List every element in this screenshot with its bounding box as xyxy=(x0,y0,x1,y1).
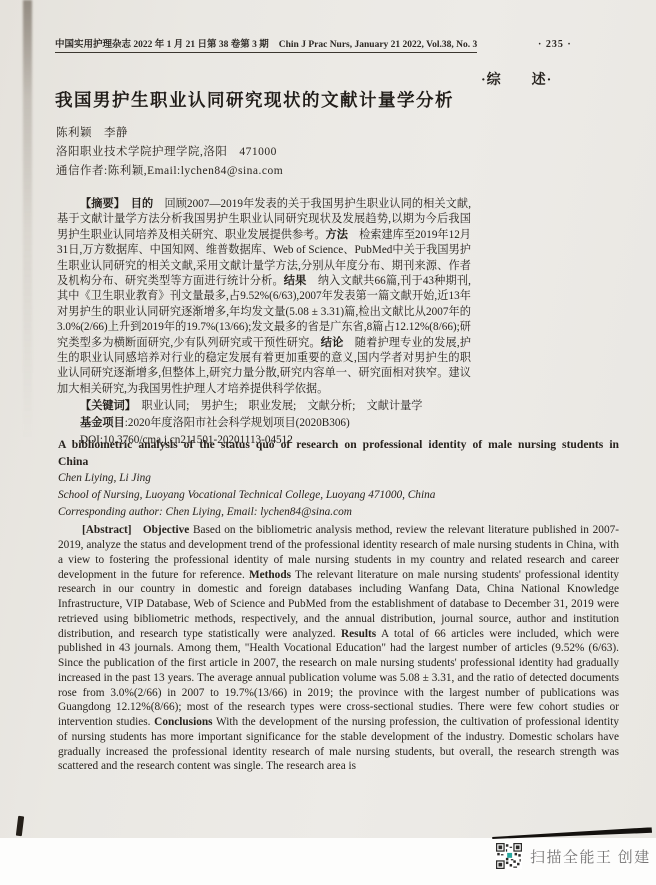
camscanner-watermark: 扫描全能王 创建 xyxy=(496,843,651,869)
qr-code-icon xyxy=(496,843,522,869)
page-number: · 235 · xyxy=(538,39,572,50)
keywords-cn: 【关键词】 职业认同; 男护生; 职业发展; 文献分析; 文献计量学 xyxy=(57,398,471,414)
byline-block: 陈利颖 李静 洛阳职业技术学院护理学院,洛阳 471000 通信作者:陈利颖,E… xyxy=(56,124,283,181)
scanned-paper-page: 中国实用护理杂志 2022 年 1 月 21 日第 38 卷第 3 期Chin … xyxy=(0,0,656,885)
fund-project: 基金项目:2020年度洛阳市社会科学规划项目(2020B306) xyxy=(57,415,471,431)
article-title-cn: 我国男护生职业认同研究现状的文献计量学分析 xyxy=(55,87,454,112)
page-spine-shadow xyxy=(23,0,32,440)
watermark-text: 扫描全能王 创建 xyxy=(530,846,651,867)
affiliation-en: School of Nursing, Luoyang Vocational Te… xyxy=(58,487,619,504)
journal-name-en: Chin J Prac Nurs, January 21 2022, Vol.3… xyxy=(279,40,477,50)
abstract-en: [Abstract] Objective Based on the biblio… xyxy=(58,523,619,774)
abstract-cn: 【摘要】 目的 回顾2007—2019年发表的关于我国男护生职业认同的相关文献,… xyxy=(57,197,471,397)
correspondence-en: Corresponding author: Chen Liying, Email… xyxy=(58,504,619,521)
chinese-abstract-block: 【摘要】 目的 回顾2007—2019年发表的关于我国男护生职业认同的相关文献,… xyxy=(57,197,471,448)
authors-cn: 陈利颖 李静 xyxy=(56,124,283,143)
correspondence-cn: 通信作者:陈利颖,Email:lychen84@sina.com xyxy=(56,162,283,181)
journal-name-cn: 中国实用护理杂志 2022 年 1 月 21 日第 38 卷第 3 期 xyxy=(55,40,269,50)
article-title-en: A bibliometric analysis of the status qu… xyxy=(58,437,619,470)
affiliation-cn: 洛阳职业技术学院护理学院,洛阳 471000 xyxy=(56,143,283,162)
english-section: A bibliometric analysis of the status qu… xyxy=(58,437,619,774)
section-label: ·综 述· xyxy=(481,69,552,89)
journal-running-head: 中国实用护理杂志 2022 年 1 月 21 日第 38 卷第 3 期Chin … xyxy=(55,36,477,53)
authors-en: Chen Liying, Li Jing xyxy=(58,470,619,487)
